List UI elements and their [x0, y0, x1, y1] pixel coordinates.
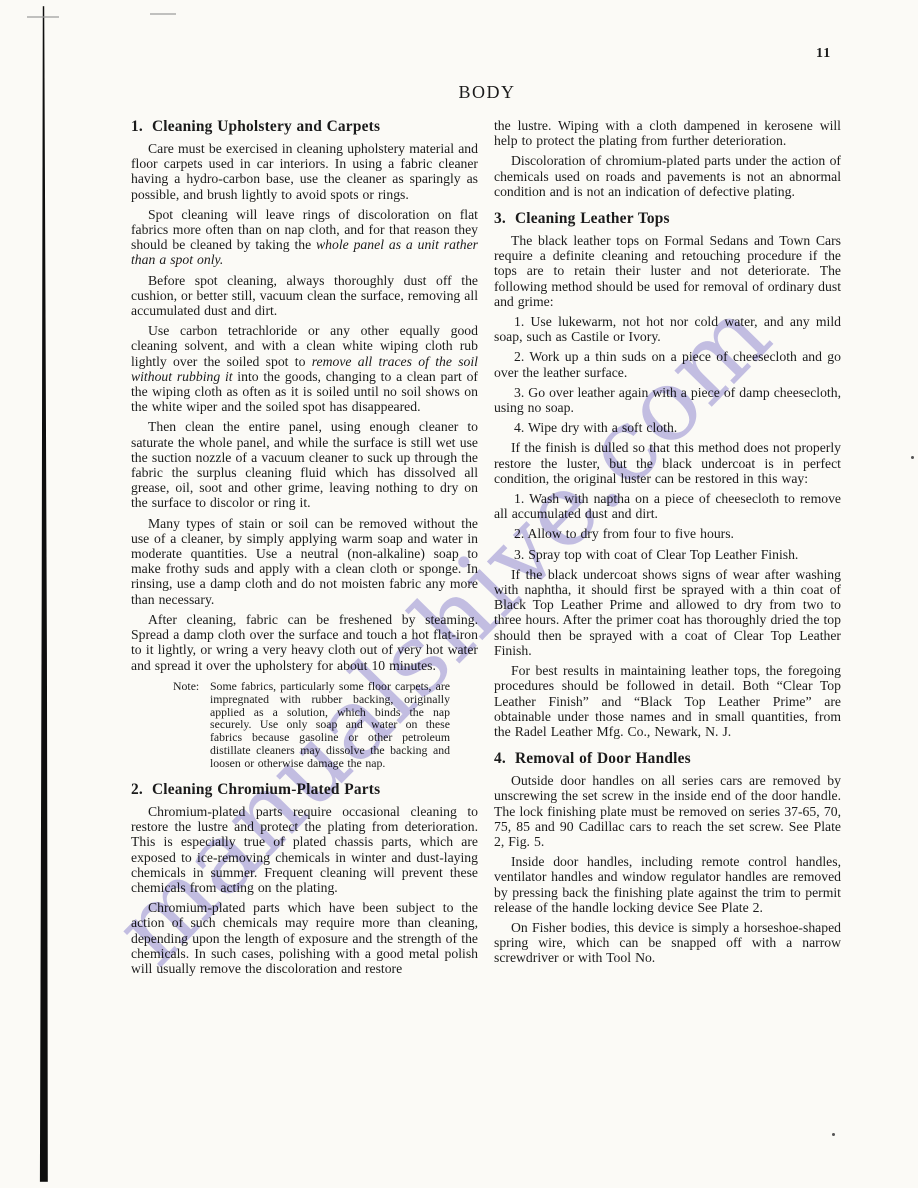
paragraph: Then clean the entire panel, using enoug…	[131, 419, 478, 510]
note-text: Some fabrics, particularly some floor ca…	[210, 680, 450, 770]
paragraph: If the black undercoat shows signs of we…	[494, 567, 841, 658]
scan-artifact	[27, 16, 59, 18]
section-title: Cleaning Upholstery and Carpets	[152, 118, 380, 135]
paragraph: Spot cleaning will leave rings of discol…	[131, 207, 478, 268]
paragraph: On Fisher bodies, this device is simply …	[494, 920, 841, 966]
list-item: 3. Spray top with coat of Clear Top Leat…	[494, 547, 841, 562]
list-item: 4. Wipe dry with a soft cloth.	[494, 420, 841, 435]
section-number: 3.	[494, 210, 506, 227]
paragraph: Use carbon tetrachloride or any other eq…	[131, 323, 478, 414]
paragraph: Chromium-plated parts require occasional…	[131, 804, 478, 895]
column-right: the lustre. Wiping with a cloth dampened…	[494, 118, 841, 971]
paragraph: Chromium-plated parts which have been su…	[131, 900, 478, 976]
section-number: 4.	[494, 750, 506, 767]
paragraph: For best results in maintaining leather …	[494, 663, 841, 739]
page-title: BODY	[56, 82, 918, 103]
section-heading-3: 3.Cleaning Leather Tops	[494, 210, 841, 227]
column-left: 1.Cleaning Upholstery and Carpets Care m…	[131, 118, 478, 981]
paragraph: Before spot cleaning, always thoroughly …	[131, 273, 478, 319]
paragraph: Discoloration of chromium-plated parts u…	[494, 153, 841, 199]
paragraph: Outside door handles on all series cars …	[494, 773, 841, 849]
section-title: Removal of Door Handles	[515, 750, 691, 767]
section-heading-4: 4.Removal of Door Handles	[494, 750, 841, 767]
list-item: 2. Work up a thin suds on a piece of che…	[494, 349, 841, 379]
scan-artifact	[911, 456, 914, 459]
paragraph: The black leather tops on Formal Sedans …	[494, 233, 841, 309]
paragraph: After cleaning, fabric can be freshened …	[131, 612, 478, 673]
section-title: Cleaning Leather Tops	[515, 210, 670, 227]
note-block: Note: Some fabrics, particularly some fl…	[173, 680, 450, 770]
section-title: Cleaning Chromium-Plated Parts	[152, 781, 380, 798]
list-item: 1. Wash with naptha on a piece of cheese…	[494, 491, 841, 521]
paragraph: the lustre. Wiping with a cloth dampened…	[494, 118, 841, 148]
list-item: 1. Use lukewarm, not hot nor cold water,…	[494, 314, 841, 344]
section-number: 2.	[131, 781, 143, 798]
scanned-manual-page: 11 BODY 1.Cleaning Upholstery and Carpet…	[0, 0, 918, 1188]
page-number: 11	[816, 46, 831, 62]
scan-artifact	[150, 13, 176, 15]
section-heading-1: 1.Cleaning Upholstery and Carpets	[131, 118, 478, 135]
scan-artifact	[832, 1133, 835, 1136]
paragraph: If the finish is dulled so that this met…	[494, 440, 841, 486]
list-item: 2. Allow to dry from four to five hours.	[494, 526, 841, 541]
section-heading-2: 2.Cleaning Chromium-Plated Parts	[131, 781, 478, 798]
paragraph: Inside door handles, including remote co…	[494, 854, 841, 915]
section-number: 1.	[131, 118, 143, 135]
binding-streak	[39, 6, 48, 1182]
paragraph: Care must be exercised in cleaning uphol…	[131, 141, 478, 202]
note-label: Note:	[173, 680, 210, 770]
paragraph: Many types of stain or soil can be remov…	[131, 516, 478, 607]
list-item: 3. Go over leather again with a piece of…	[494, 385, 841, 415]
